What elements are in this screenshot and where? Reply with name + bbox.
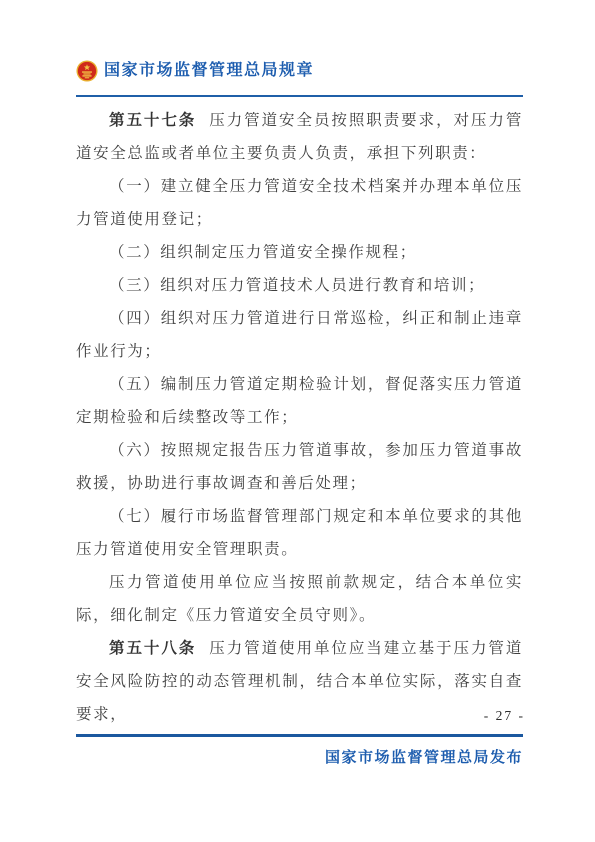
paragraph-closing-57: 压力管道使用单位应当按照前款规定，结合本单位实际，细化制定《压力管道安全员守则》… xyxy=(76,566,523,632)
paragraph-text: （七）履行市场监督管理部门规定和本单位要求的其他压力管道使用安全管理职责。 xyxy=(76,508,523,558)
paragraph-text: （五）编制压力管道定期检验计划，督促落实压力管道定期检验和后续整改等工作； xyxy=(76,376,523,426)
paragraph-article-57: 第五十七条压力管道安全员按照职责要求，对压力管道安全总监或者单位主要负责人负责，… xyxy=(76,104,523,170)
paragraph-text: 压力管道使用单位应当按照前款规定，结合本单位实际，细化制定《压力管道安全员守则》… xyxy=(76,574,523,624)
national-emblem-icon xyxy=(76,60,98,82)
paragraph-item-6: （六）按照规定报告压力管道事故，参加压力管道事故救援，协助进行事故调查和善后处理… xyxy=(76,434,523,500)
paragraph-text: （一）建立健全压力管道安全技术档案并办理本单位压力管道使用登记； xyxy=(76,178,523,228)
article-number: 第五十七条 xyxy=(109,112,196,129)
paragraph-text: （四）组织对压力管道进行日常巡检，纠正和制止违章作业行为； xyxy=(76,310,523,360)
paragraph-text: （二）组织制定压力管道安全操作规程； xyxy=(109,244,417,261)
paragraph-article-58: 第五十八条压力管道使用单位应当建立基于压力管道安全风险防控的动态管理机制，结合本… xyxy=(76,632,523,731)
document-page: 国家市场监督管理总局规章 第五十七条压力管道安全员按照职责要求，对压力管道安全总… xyxy=(0,0,595,842)
paragraph-item-3: （三）组织对压力管道技术人员进行教育和培训； xyxy=(76,269,523,302)
page-header: 国家市场监督管理总局规章 xyxy=(76,60,523,82)
paragraph-item-2: （二）组织制定压力管道安全操作规程； xyxy=(76,236,523,269)
paragraph-text: （六）按照规定报告压力管道事故，参加压力管道事故救援，协助进行事故调查和善后处理… xyxy=(76,442,523,492)
paragraph-item-5: （五）编制压力管道定期检验计划，督促落实压力管道定期检验和后续整改等工作； xyxy=(76,368,523,434)
paragraph-item-7: （七）履行市场监督管理部门规定和本单位要求的其他压力管道使用安全管理职责。 xyxy=(76,500,523,566)
article-number: 第五十八条 xyxy=(109,640,196,657)
paragraph-item-1: （一）建立健全压力管道安全技术档案并办理本单位压力管道使用登记； xyxy=(76,170,523,236)
page-number: - 27 - xyxy=(484,708,525,724)
publisher-line: 国家市场监督管理总局发布 xyxy=(325,746,523,767)
header-title: 国家市场监督管理总局规章 xyxy=(104,60,314,82)
paragraph-item-4: （四）组织对压力管道进行日常巡检，纠正和制止违章作业行为； xyxy=(76,302,523,368)
paragraph-text: （三）组织对压力管道技术人员进行教育和培训； xyxy=(109,277,485,294)
header-divider xyxy=(76,95,523,97)
document-body: 第五十七条压力管道安全员按照职责要求，对压力管道安全总监或者单位主要负责人负责，… xyxy=(76,104,523,731)
footer-divider xyxy=(76,734,523,737)
